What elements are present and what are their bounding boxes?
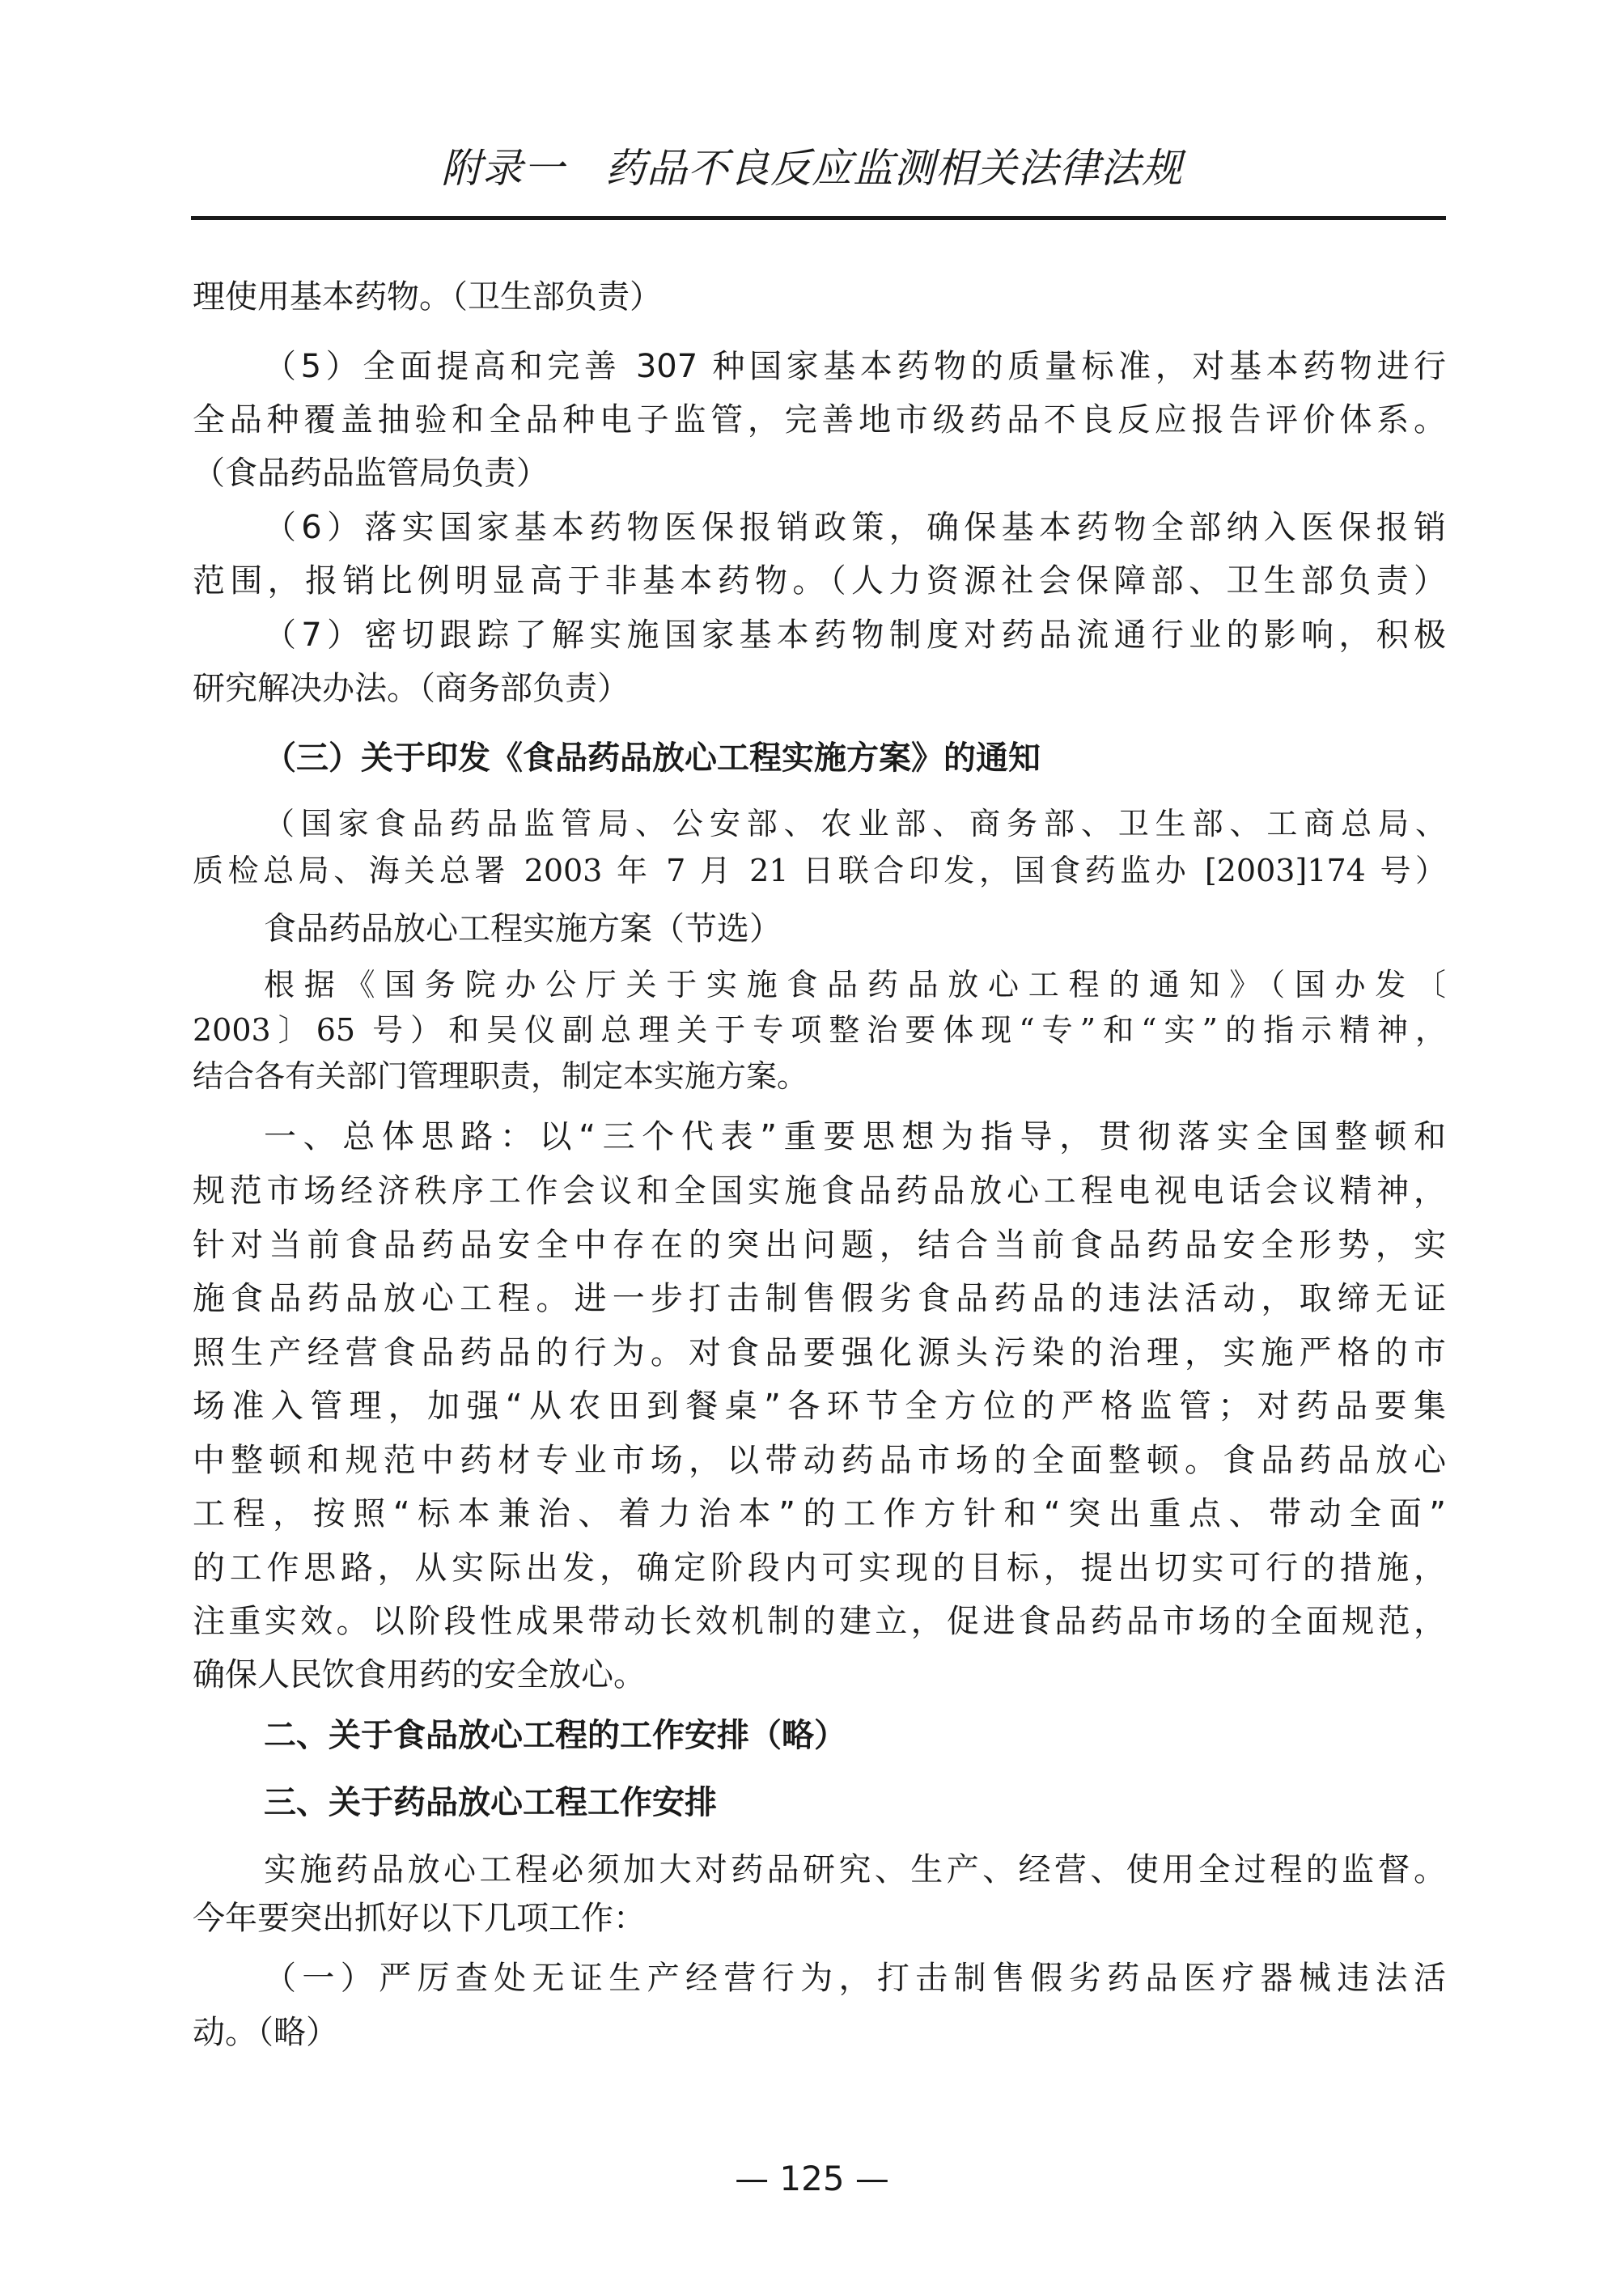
text-line: （食品药品监管局负责）	[193, 454, 1446, 493]
section1-line: 规范市场经济秩序工作会议和全国实施食品药品放心工程电视电话会议精神，	[193, 1172, 1446, 1210]
section1-line: 确保人民饮食用药的安全放心。	[193, 1655, 1446, 1694]
preamble-line: 根据《国务院办公厅关于实施食品药品放心工程的通知》（国办发〔	[264, 965, 1446, 1004]
header-chapter-title: 药品不良反应监测相关法律法规	[605, 145, 1183, 192]
section1-line: 中整顿和规范中药材专业市场，以带动药品市场的全面整顿。食品药品放心	[193, 1441, 1446, 1480]
section1-line: 的工作思路，从实际出发，确定阶段内可实现的目标，提出切实可行的措施，	[193, 1549, 1446, 1587]
section3-line: 今年要突出抓好以下几项工作：	[193, 1899, 1446, 1938]
page-number: — 125 —	[0, 2159, 1624, 2198]
header-title: 附录一药品不良反应监测相关法律法规	[0, 136, 1624, 194]
notice-heading: （三）关于印发《食品药品放心工程实施方案》的通知	[264, 739, 1446, 778]
section1-line: 场准入管理，加强“从农田到餐桌”各环节全方位的严格监管；对药品要集	[193, 1387, 1446, 1426]
preamble-line: 结合各有关部门管理职责，制定本实施方案。	[193, 1057, 1446, 1096]
section3-line: 实施药品放心工程必须加大对药品研究、生产、经营、使用全过程的监督。	[264, 1850, 1446, 1889]
section1-line: 一、总体思路：以“三个代表”重要思想为指导，贯彻落实全国整顿和	[264, 1117, 1446, 1156]
issuer-line: （国家食品药品监管局、公安部、农业部、商务部、卫生部、工商总局、	[264, 804, 1446, 843]
section1-line: 注重实效。以阶段性成果带动长效机制的建立，促进食品药品市场的全面规范，	[193, 1602, 1446, 1641]
preamble-line: 2003〕65 号）和吴仪副总理关于专项整治要体现“专”和“实”的指示精神，	[193, 1011, 1446, 1049]
text-line: 理使用基本药物。（卫生部负责）	[193, 278, 1446, 316]
issuer-line: 质检总局、海关总署 2003 年 7 月 21 日联合印发，国食药监办 [200…	[193, 851, 1446, 890]
text-line: （7）密切跟踪了解实施国家基本药物制度对药品流通行业的影响，积极	[264, 616, 1446, 655]
section1-line: 照生产经营食品药品的行为。对食品要强化源头污染的治理，实施严格的市	[193, 1333, 1446, 1372]
section1-line: 施食品药品放心工程。进一步打击制售假劣食品药品的违法活动，取缔无证	[193, 1279, 1446, 1318]
section2-heading: 二、关于食品放心工程的工作安排（略）	[264, 1716, 1446, 1755]
section3-line: 动。（略）	[193, 2013, 1446, 2052]
text-line: 范围，报销比例明显高于非基本药物。（人力资源社会保障部、卫生部负责）	[193, 562, 1446, 600]
header-rule	[191, 216, 1446, 220]
plan-title: 食品药品放心工程实施方案（节选）	[264, 909, 1446, 948]
text-line: 全品种覆盖抽验和全品种电子监管，完善地市级药品不良反应报告评价体系。	[193, 401, 1446, 439]
text-line: 研究解决办法。（商务部负责）	[193, 669, 1446, 708]
section3-heading: 三、关于药品放心工程工作安排	[264, 1783, 1446, 1822]
section3-line: （一）严厉查处无证生产经营行为，打击制售假劣药品医疗器械违法活	[264, 1959, 1446, 1998]
header-section: 附录一	[441, 145, 565, 192]
text-line: （6）落实国家基本药物医保报销政策，确保基本药物全部纳入医保报销	[264, 508, 1446, 547]
text-line: （5）全面提高和完善 307 种国家基本药物的质量标准，对基本药物进行	[264, 347, 1446, 386]
section1-line: 工程，按照“标本兼治、着力治本”的工作方针和“突出重点、带动全面”	[193, 1494, 1446, 1533]
section1-line: 针对当前食品药品安全中存在的突出问题，结合当前食品药品安全形势，实	[193, 1226, 1446, 1265]
